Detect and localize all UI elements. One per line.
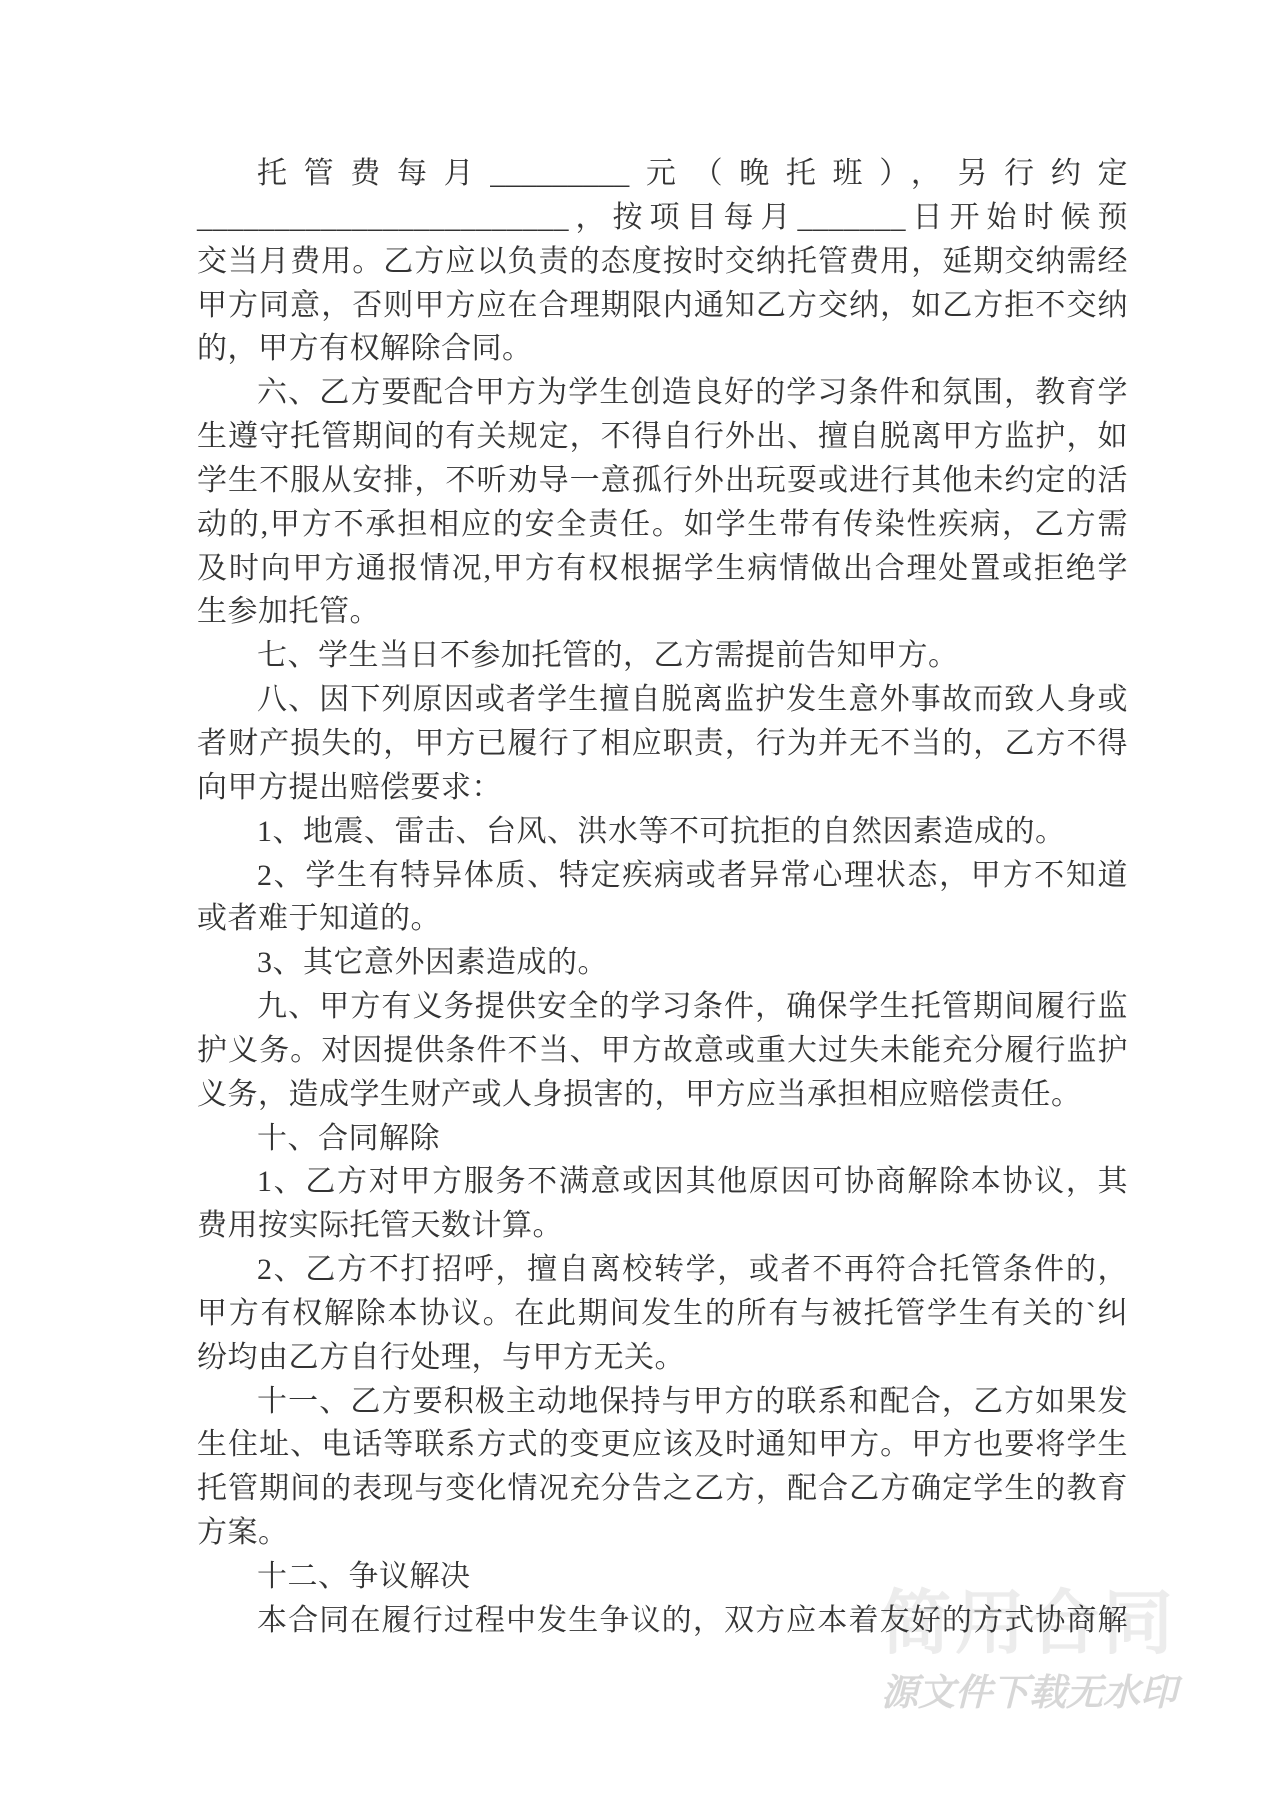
document-page: 简用合同 源文件下载无水印 托管费每月_________元（晚托班），另行约定_… xyxy=(0,0,1280,1810)
contract-line: 托管期间的表现与变化情况充分告之乙方，配合乙方确定学生的教育 xyxy=(197,1467,1128,1511)
contract-line: 交当月费用。乙方应以负责的态度按时交纳托管费用，延期交纳需经 xyxy=(197,240,1128,284)
contract-line: 学生不服从安排，不听劝导一意孤行外出玩耍或进行其他未约定的活 xyxy=(197,459,1128,503)
contract-line: 1、乙方对甲方服务不满意或因其他原因可协商解除本协议，其 xyxy=(197,1160,1128,1204)
contract-line: 八、因下列原因或者学生擅自脱离监护发生意外事故而致人身或 xyxy=(197,678,1128,722)
contract-line: 七、学生当日不参加托管的，乙方需提前告知甲方。 xyxy=(197,634,1128,678)
watermark-tagline-text: 源文件下载无水印 xyxy=(881,1674,1177,1711)
contract-line: 动的,甲方不承担相应的安全责任。如学生带有传染性疾病，乙方需 xyxy=(197,503,1128,547)
contract-line: 2、乙方不打招呼，擅自离校转学，或者不再符合托管条件的， xyxy=(197,1248,1128,1292)
contract-line: 生参加托管。 xyxy=(197,590,1128,634)
contract-line: 2、学生有特异体质、特定疾病或者异常心理状态，甲方不知道 xyxy=(197,854,1128,898)
contract-line: 甲方同意，否则甲方应在合理期限内通知乙方交纳，如乙方拒不交纳 xyxy=(197,284,1128,328)
contract-line: 十一、乙方要积极主动地保持与甲方的联系和配合，乙方如果发 xyxy=(197,1380,1128,1424)
contract-line: 3、其它意外因素造成的。 xyxy=(197,941,1128,985)
contract-line: 九、甲方有义务提供安全的学习条件，确保学生托管期间履行监 xyxy=(197,985,1128,1029)
contract-line: 托管费每月_________元（晚托班），另行约定 xyxy=(197,152,1128,196)
contract-line: 十二、争议解决 xyxy=(197,1555,1128,1599)
contract-line: 的，甲方有权解除合同。 xyxy=(197,327,1128,371)
contract-line: 费用按实际托管天数计算。 xyxy=(197,1204,1128,1248)
contract-line: 者财产损失的，甲方已履行了相应职责，行为并无不当的，乙方不得 xyxy=(197,722,1128,766)
contract-line: 本合同在履行过程中发生争议的，双方应本着友好的方式协商解 xyxy=(197,1599,1128,1643)
contract-body: 托管费每月_________元（晚托班），另行约定_______________… xyxy=(197,152,1128,1643)
contract-line: 1、地震、雷击、台风、洪水等不可抗拒的自然因素造成的。 xyxy=(197,810,1128,854)
contract-line: 护义务。对因提供条件不当、甲方故意或重大过失未能充分履行监护 xyxy=(197,1029,1128,1073)
contract-line: 六、乙方要配合甲方为学生创造良好的学习条件和氛围，教育学 xyxy=(197,371,1128,415)
contract-line: 生遵守托管期间的有关规定，不得自行外出、擅自脱离甲方监护，如 xyxy=(197,415,1128,459)
contract-line: 或者难于知道的。 xyxy=(197,897,1128,941)
contract-line: 向甲方提出赔偿要求： xyxy=(197,766,1128,810)
contract-line: 义务，造成学生财产或人身损害的，甲方应当承担相应赔偿责任。 xyxy=(197,1073,1128,1117)
contract-line: ________________________，按项目每月_______日开始… xyxy=(197,196,1128,240)
contract-line: 纷均由乙方自行处理，与甲方无关。 xyxy=(197,1336,1128,1380)
contract-line: 方案。 xyxy=(197,1511,1128,1555)
contract-line: 甲方有权解除本协议。在此期间发生的所有与被托管学生有关的`纠 xyxy=(197,1292,1128,1336)
contract-line: 及时向甲方通报情况,甲方有权根据学生病情做出合理处置或拒绝学 xyxy=(197,547,1128,591)
contract-line: 十、合同解除 xyxy=(197,1117,1128,1161)
contract-line: 生住址、电话等联系方式的变更应该及时通知甲方。甲方也要将学生 xyxy=(197,1423,1128,1467)
